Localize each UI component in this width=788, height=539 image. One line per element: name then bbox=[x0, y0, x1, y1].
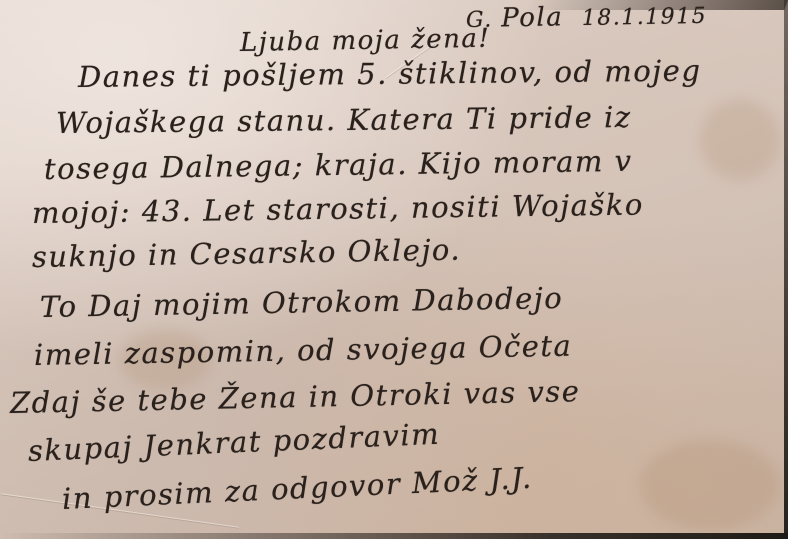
letter-photograph: G. Pola 18.1.1915 Ljuba moja žena! Danes… bbox=[0, 0, 788, 539]
paper-edge-right bbox=[784, 0, 788, 539]
letter-line-1: Danes ti pošljem 5. štiklinov, od mojeg bbox=[78, 53, 702, 94]
letter-line-3: tosega Dalnega; kraja. Kijo moram v bbox=[44, 144, 633, 186]
paper-edge-bottom bbox=[0, 533, 788, 539]
letter-place-date: G. Pola 18.1.1915 bbox=[466, 0, 708, 34]
letter-salutation: Ljuba moja žena! bbox=[240, 24, 491, 58]
letter-line-2: Wojaškega stanu. Katera Ti pride iz bbox=[56, 100, 632, 140]
paper-stain bbox=[700, 100, 780, 180]
letter-line-4: mojoj: 43. Let starosti, nositi Wojaško bbox=[32, 187, 644, 230]
letter-line-5: suknjo in Cesarsko Oklejo. bbox=[32, 233, 462, 274]
letter-line-10: in prosim za odgovor Mož J.J. bbox=[61, 461, 533, 516]
place-name: Pola bbox=[501, 2, 563, 33]
letter-line-9: skupaj Jenkrat pozdravim bbox=[27, 417, 440, 468]
letter-date: 18.1.1915 bbox=[582, 4, 708, 31]
letter-line-8: Zdaj še tebe Žena in Otroki vas vse bbox=[10, 374, 581, 420]
paper-stain bbox=[640, 440, 780, 530]
letter-line-6: To Daj mojim Otrokom Dabodejo bbox=[40, 281, 564, 324]
letter-line-7: imeli zaspomin, od svojega Očeta bbox=[34, 329, 573, 372]
